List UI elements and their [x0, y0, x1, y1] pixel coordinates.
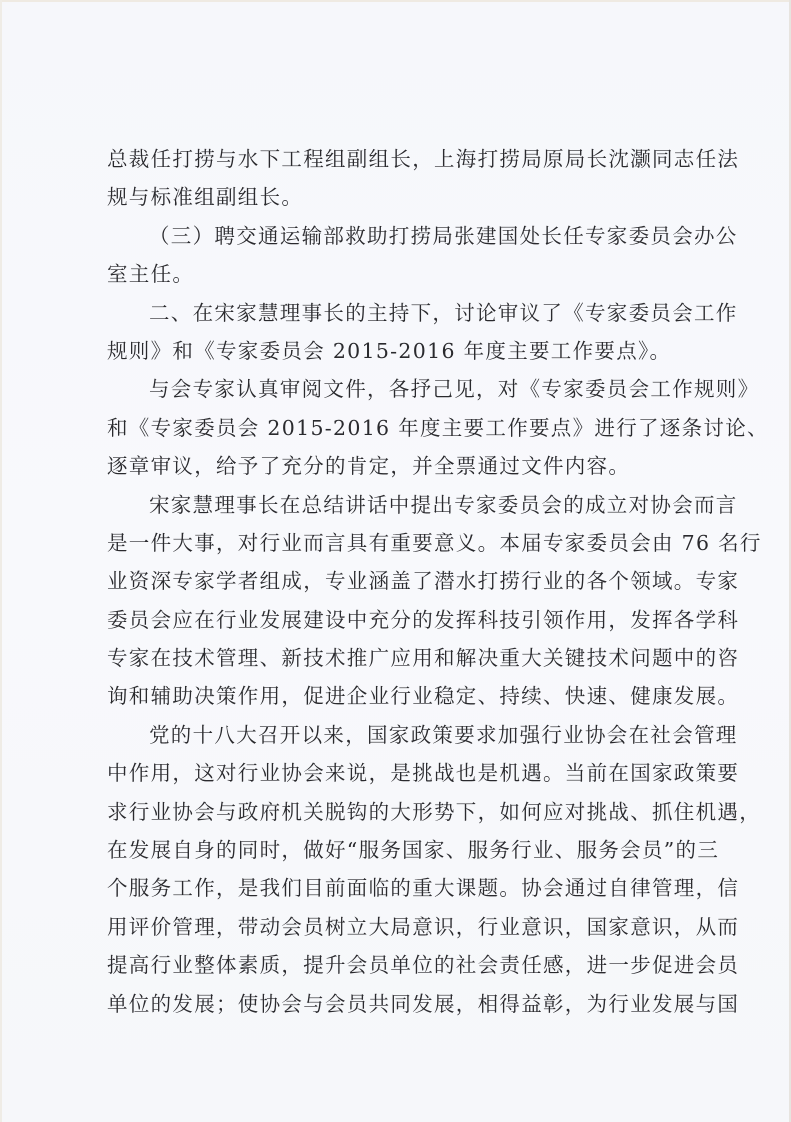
text-line: 宋家慧理事长在总结讲话中提出专家委员会的成立对协会而言: [107, 486, 697, 524]
text-line: 规则》和《专家委员会 2015-2016 年度主要工作要点》。: [107, 332, 697, 370]
text-line: 和《专家委员会 2015-2016 年度主要工作要点》进行了逐条讨论、: [107, 409, 697, 447]
text-line: 个服务工作，是我们目前面临的重大课题。协会通过自律管理，信: [107, 869, 697, 907]
text-line: 委员会应在行业发展建设中充分的发挥科技引领作用，发挥各学科: [107, 601, 697, 639]
text-line: 规与标准组副组长。: [107, 178, 697, 216]
scanned-page: 总裁任打捞与水下工程组副组长，上海打捞局原局长沈灏同志任法 规与标准组副组长。 …: [0, 0, 791, 1122]
text-line: 室主任。: [107, 255, 697, 293]
text-line: 与会专家认真审阅文件，各抒己见，对《专家委员会工作规则》: [107, 370, 697, 408]
text-line: 业资深专家学者组成，专业涵盖了潜水打捞行业的各个领域。专家: [107, 562, 697, 600]
text-line: 总裁任打捞与水下工程组副组长，上海打捞局原局长沈灏同志任法: [107, 140, 697, 178]
text-line: （三）聘交通运输部救助打捞局张建国处长任专家委员会办公: [107, 217, 697, 255]
text-line: 提高行业整体素质，提升会员单位的社会责任感，进一步促进会员: [107, 946, 697, 984]
text-line: 询和辅助决策作用，促进企业行业稳定、持续、快速、健康发展。: [107, 677, 697, 715]
page-edge-left: [0, 0, 2, 1122]
text-line: 在发展自身的同时，做好“服务国家、服务行业、服务会员”的三: [107, 831, 697, 869]
text-line: 求行业协会与政府机关脱钩的大形势下，如何应对挑战、抓住机遇，: [107, 793, 697, 831]
text-line: 专家在技术管理、新技术推广应用和解决重大关键技术问题中的咨: [107, 639, 697, 677]
text-line: 党的十八大召开以来，国家政策要求加强行业协会在社会管理: [107, 716, 697, 754]
text-line: 中作用，这对行业协会来说，是挑战也是机遇。当前在国家政策要: [107, 754, 697, 792]
page-edge-top: [0, 0, 791, 2]
document-body: 总裁任打捞与水下工程组副组长，上海打捞局原局长沈灏同志任法 规与标准组副组长。 …: [107, 140, 697, 1023]
section-heading-line: 二、在宋家慧理事长的主持下，讨论审议了《专家委员会工作: [107, 294, 697, 332]
text-line: 单位的发展；使协会与会员共同发展，相得益彰，为行业发展与国: [107, 985, 697, 1023]
text-line: 逐章审议，给予了充分的肯定，并全票通过文件内容。: [107, 447, 697, 485]
text-line: 用评价管理，带动会员树立大局意识，行业意识，国家意识，从而: [107, 908, 697, 946]
text-line: 是一件大事，对行业而言具有重要意义。本届专家委员会由 76 名行: [107, 524, 697, 562]
